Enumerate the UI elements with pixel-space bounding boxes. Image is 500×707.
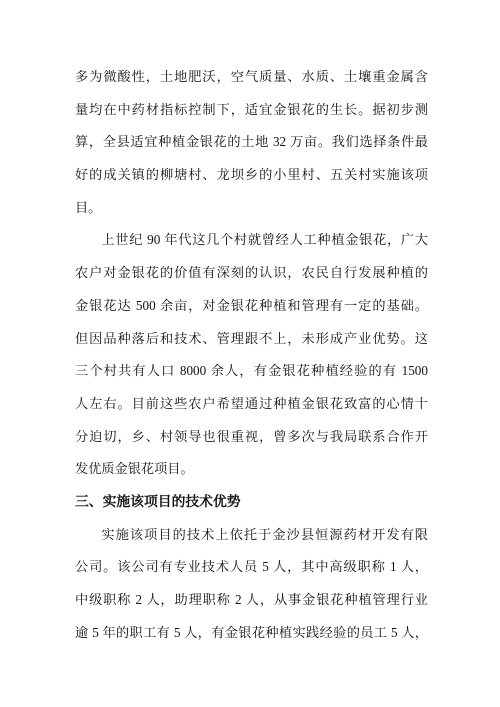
text-line: 上世纪 90 年代这几个村就曾经人工种植金银花，广大 [75,224,428,257]
text-line: 农户对金银花的价值有深刻的认识，农民自行发展种植的 [75,257,428,290]
text-line: 好的成关镇的柳塘村、龙坝乡的小里村、五关村实施该项 [75,159,428,192]
document-page: 多为微酸性，土地肥沃，空气质量、水质、土壤重金属含 量均在中药材指标控制下，适宜… [0,0,500,707]
text-line: 逾 5 年的职工有 5 人，有金银花种植实践经验的员工 5 人， [75,617,428,650]
paragraph-site-conditions: 多为微酸性，土地肥沃，空气质量、水质、土壤重金属含 量均在中药材指标控制下，适宜… [75,61,428,224]
text-line: 实施该项目的技术上依托于金沙县恒源药材开发有限 [75,519,428,552]
section-heading: 三、实施该项目的技术优势 [75,486,428,519]
text-line: 中级职称 2 人，助理职称 2 人，从事金银花种植管理行业 [75,584,428,617]
text-line: 量均在中药材指标控制下，适宜金银花的生长。据初步测 [75,94,428,127]
section-heading-technical-advantages: 三、实施该项目的技术优势 [75,486,428,519]
paragraph-planting-history: 上世纪 90 年代这几个村就曾经人工种植金银花，广大 农户对金银花的价值有深刻的… [75,224,428,486]
text-line: 人左右。目前这些农户希望通过种植金银花致富的心情十 [75,388,428,421]
document-text-block: 多为微酸性，土地肥沃，空气质量、水质、土壤重金属含 量均在中药材指标控制下，适宜… [75,61,428,649]
text-line: 金银花达 500 余亩，对金银花种植和管理有一定的基础。 [75,290,428,323]
text-line: 但因品种落后和技术、管理跟不上，未形成产业优势。这 [75,323,428,356]
text-line: 目。 [75,192,428,225]
text-line: 分迫切，乡、村领导也很重视，曾多次与我局联系合作开 [75,421,428,454]
text-line: 发优质金银花项目。 [75,453,428,486]
text-line: 算，全县适宜种植金银花的土地 32 万亩。我们选择条件最 [75,126,428,159]
text-line: 三个村共有人口 8000 余人，有金银花种植经验的有 1500 [75,355,428,388]
text-line: 多为微酸性，土地肥沃，空气质量、水质、土壤重金属含 [75,61,428,94]
text-line: 公司。该公司有专业技术人员 5 人，其中高级职称 1 人， [75,551,428,584]
paragraph-technical-support: 实施该项目的技术上依托于金沙县恒源药材开发有限 公司。该公司有专业技术人员 5 … [75,519,428,650]
